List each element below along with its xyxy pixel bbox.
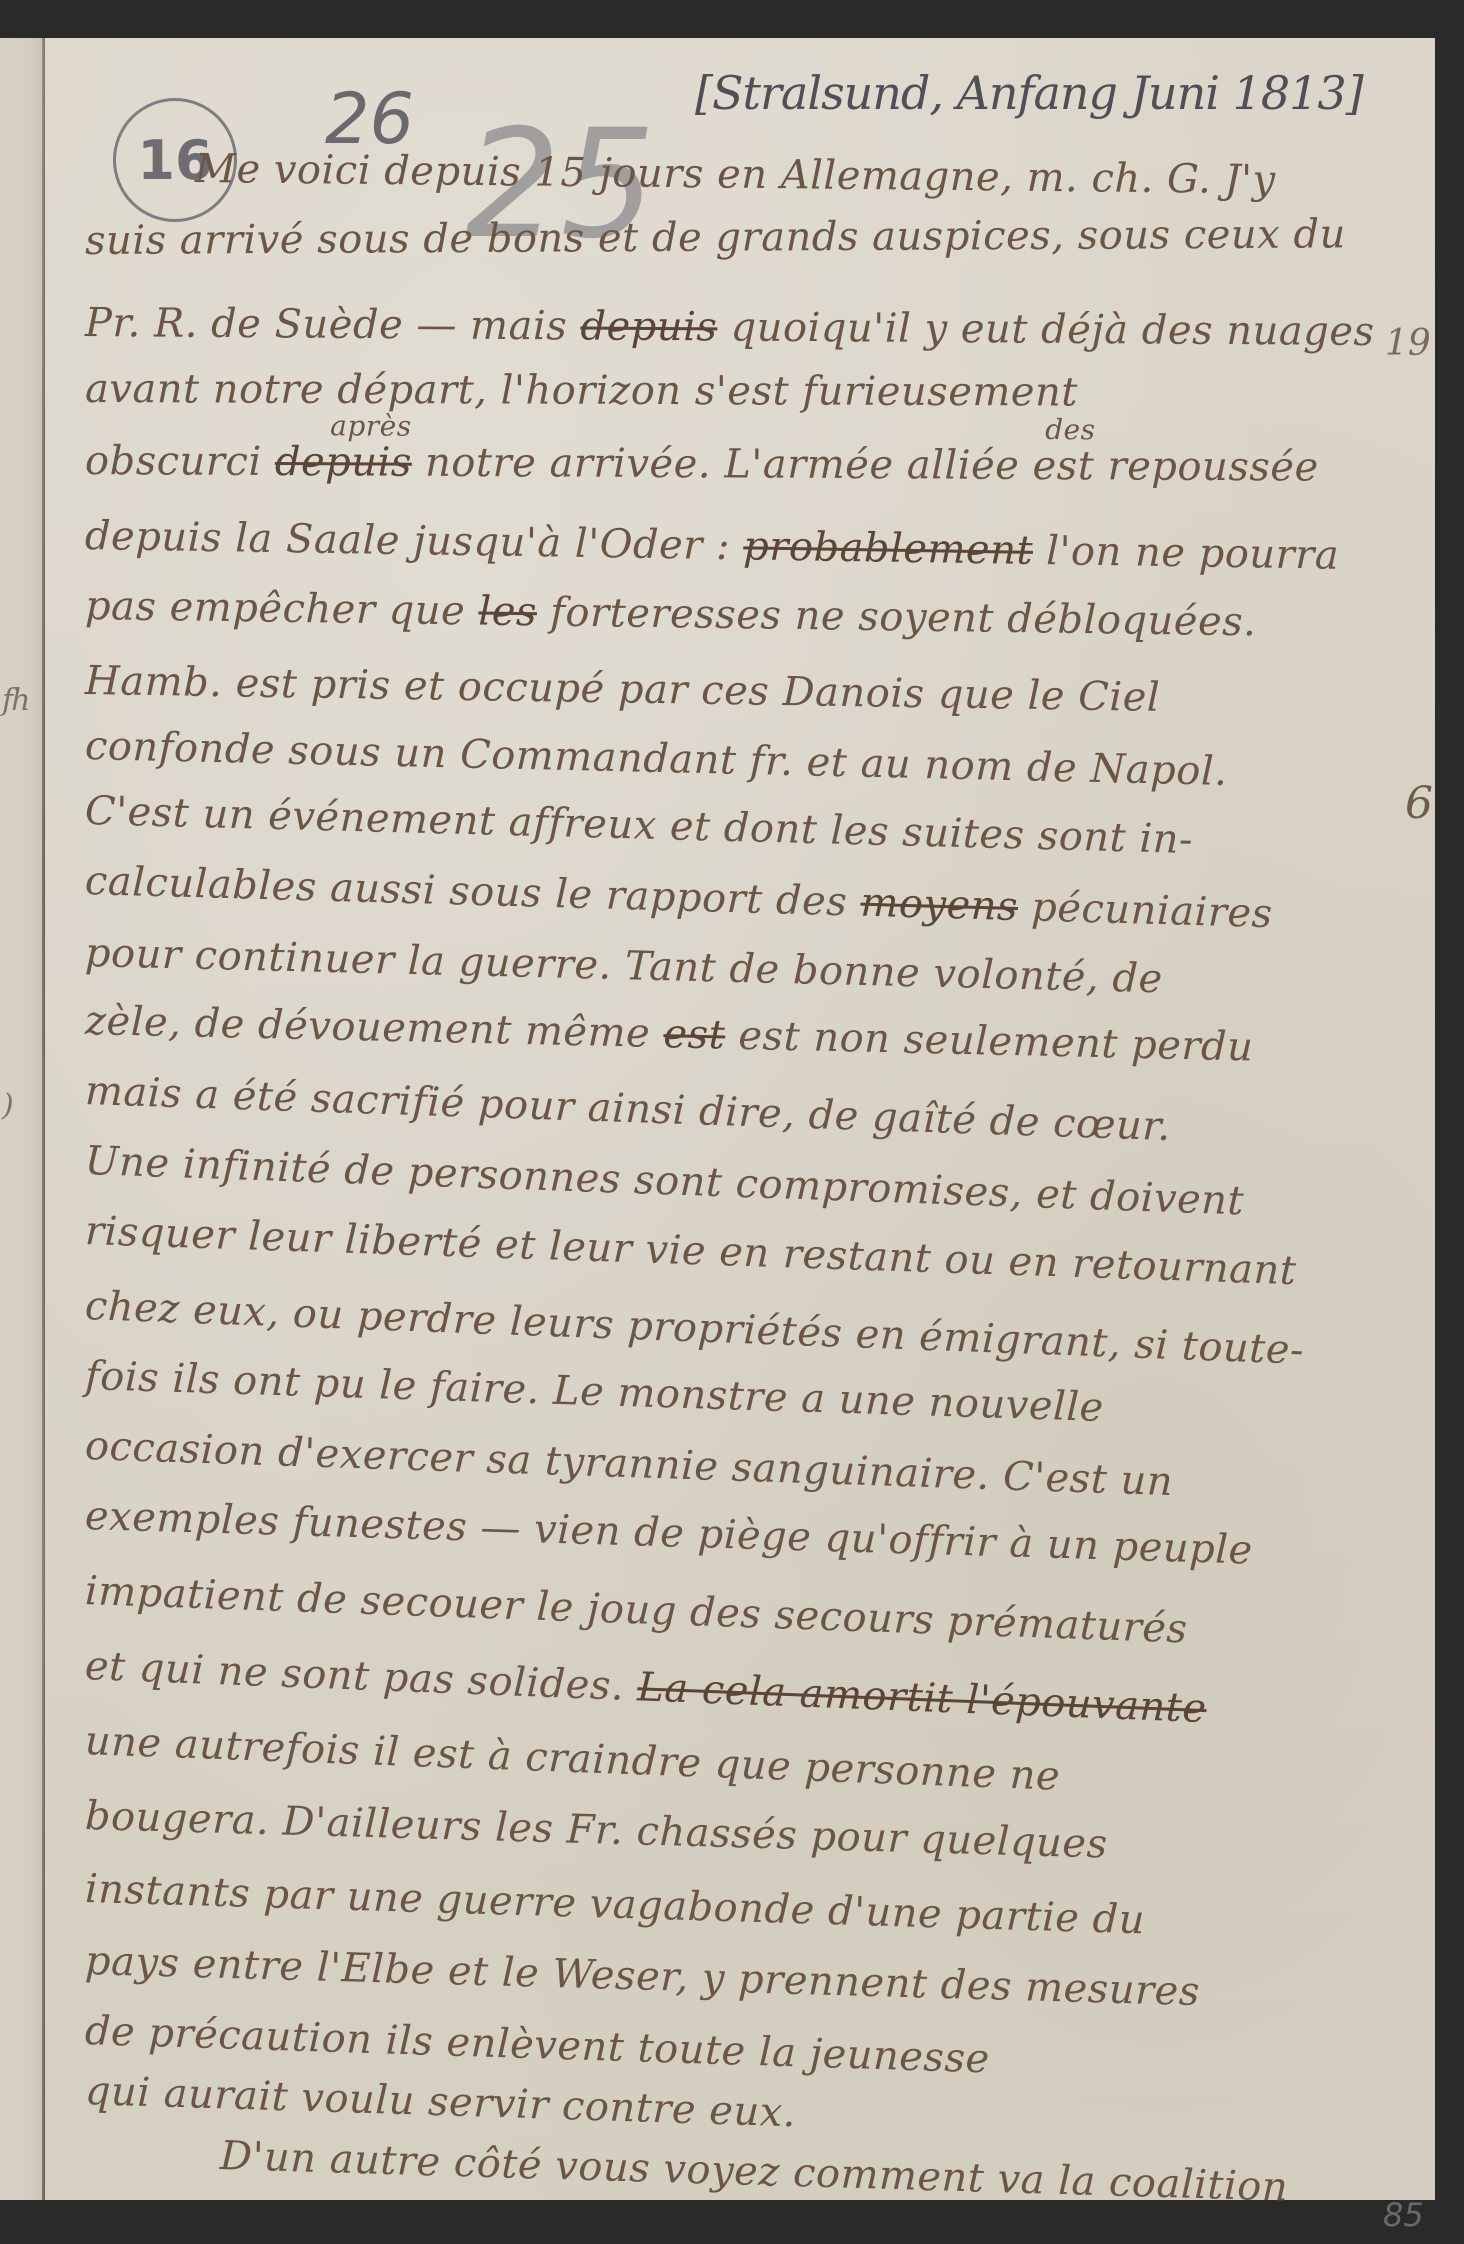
manuscript-line: pas empêcher que les forteresses ne soye…: [85, 583, 1257, 645]
manuscript-line: pour continuer la guerre. Tant de bonne …: [84, 930, 1163, 1002]
manuscript-line: zèle, de dévouement même est est non seu…: [84, 998, 1253, 1071]
adjacent-page-fragment: ): [2, 1088, 12, 1123]
manuscript-line: une autrefois il est à craindre que pers…: [84, 1718, 1061, 1800]
manuscript-line: mais a été sacrifié pour ainsi dire, de …: [84, 1068, 1171, 1150]
manuscript-line: bougera. D'ailleurs les Fr. chassés pour…: [84, 1793, 1108, 1868]
manuscript-page: 16 26 25 [Stralsund, Anfang Juni 1813] 1…: [45, 38, 1435, 2200]
manuscript-line: C'est un événement affreux et dont les s…: [84, 788, 1193, 863]
manuscript-line: occasion d'exercer sa tyrannie sanguinai…: [84, 1423, 1174, 1505]
manuscript-line: avant notre départ, l'horizon s'est furi…: [85, 366, 1078, 415]
adjacent-page-strip: fh ): [0, 38, 44, 2200]
adjacent-page-fragment: fh: [2, 683, 28, 718]
manuscript-line: impatient de secouer le joug des secours…: [84, 1568, 1188, 1652]
manuscript-line: calculables aussi sous le rapport des mo…: [84, 858, 1273, 937]
manuscript-line: et qui ne sont pas solides. La cela amor…: [84, 1643, 1207, 1732]
manuscript-line: suis arrivé sous de bons et de grands au…: [85, 211, 1346, 264]
manuscript-line: Une infinité de personnes sont compromis…: [84, 1138, 1245, 1224]
manuscript-line: Hamb. est pris et occupé par ces Danois …: [85, 658, 1161, 721]
manuscript-line: Me voici depuis 15 jours en Allemagne, m…: [195, 146, 1276, 203]
interlinear-insertion: après: [330, 409, 412, 442]
manuscript-line: confonde sous un Commandant fr. et au no…: [84, 723, 1227, 795]
manuscript-line: depuis la Saale jusqu'à l'Oder : probabl…: [85, 513, 1340, 579]
manuscript-line: fois ils ont pu le faire. Le monstre a u…: [84, 1353, 1104, 1431]
manuscript-line: après des obscurci depuis notre arrivée.…: [85, 438, 1319, 490]
interlinear-insertion: des: [1045, 413, 1096, 446]
bottom-page-number: 85: [1383, 2196, 1424, 2234]
manuscript-line: risquer leur liberté et leur vie en rest…: [84, 1208, 1297, 1294]
manuscript-line: D'un autre côté vous voyez comment va la…: [219, 2133, 1288, 2211]
manuscript-line: exemples funestes — vien de piège qu'off…: [84, 1493, 1253, 1574]
letter-body: Me voici depuis 15 jours en Allemagne, m…: [45, 38, 1435, 2200]
manuscript-line: qui aurait voulu servir contre eux.: [84, 2068, 796, 2136]
manuscript-line: Pr. R. de Suède — mais depuis quoiqu'il …: [85, 300, 1375, 355]
manuscript-line: instants par une guerre vagabonde d'une …: [84, 1866, 1145, 1943]
manuscript-line: pays entre l'Elbe et le Weser, y prennen…: [84, 1938, 1200, 2015]
